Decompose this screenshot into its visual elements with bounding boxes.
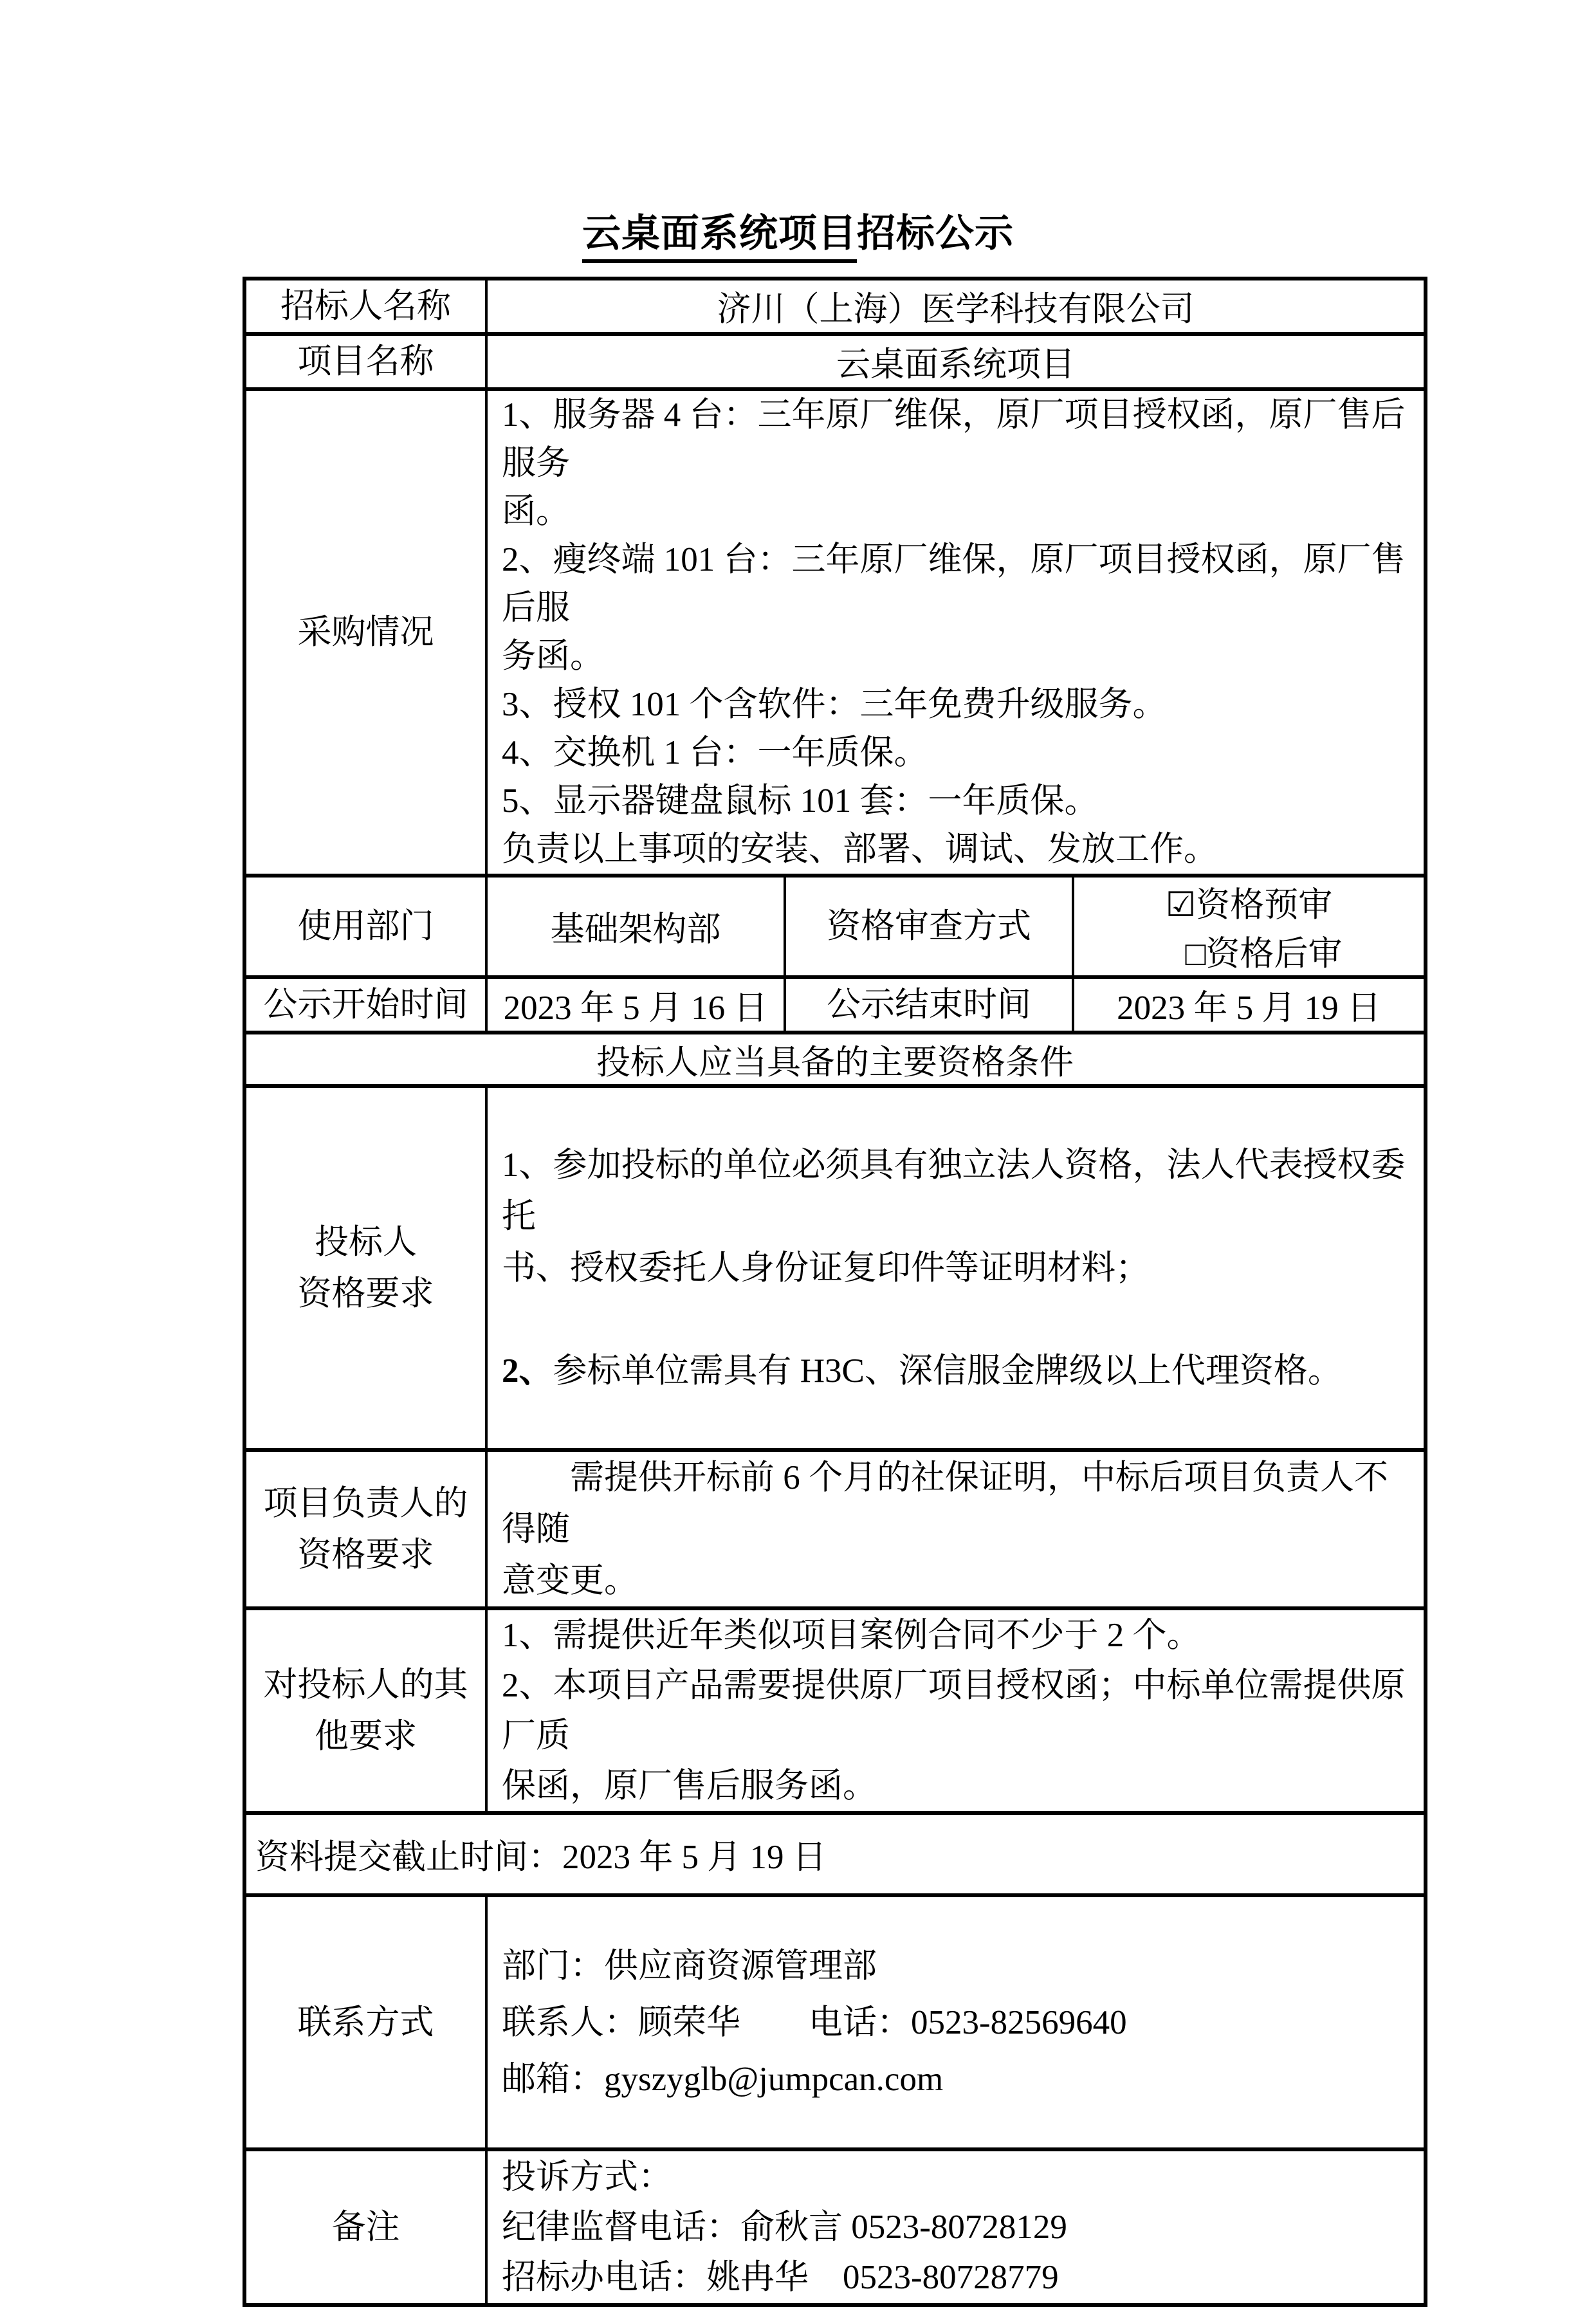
manager-qualification-label: 项目负责人的 资格要求: [244, 1450, 486, 1608]
row-bidder-qualification: 投标人 资格要求 1、参加投标的单位必须具有独立法人资格，法人代表授权委托 书、…: [244, 1086, 1426, 1450]
prequalification-option-label: 资格预审: [1196, 887, 1332, 924]
postqualification-option-label: 资格后审: [1206, 935, 1343, 973]
row-manager-qualification: 项目负责人的 资格要求 需提供开标前 6 个月的社保证明，中标后项目负责人不得随…: [244, 1450, 1426, 1608]
bidder-name-label: 招标人名称: [244, 279, 486, 334]
bidder-qualification-details: 1、参加投标的单位必须具有独立法人资格，法人代表授权委托 书、授权委托人身份证复…: [486, 1086, 1426, 1450]
procurement-label: 采购情况: [244, 389, 486, 876]
row-procurement: 采购情况 1、服务器 4 台：三年原厂维保，原厂项目授权函，原厂售后服务 函。 …: [244, 389, 1426, 876]
row-contact: 联系方式 部门：供应商资源管理部 联系人：顾荣华 电话：0523-8256964…: [244, 1895, 1426, 2149]
remarks-details: 投诉方式： 纪律监督电话：俞秋言 0523-80728129 招标办电话：姚冉华…: [486, 2149, 1426, 2305]
bid-announcement-table: 招标人名称 济川（上海）医学科技有限公司 项目名称 云桌面系统项目 采购情况 1…: [243, 277, 1427, 2307]
bidder-qualification-label: 投标人 资格要求: [244, 1086, 486, 1450]
qualification-review-label: 资格审查方式: [785, 876, 1073, 977]
other-requirements-label: 对投标人的其 他要求: [244, 1608, 486, 1813]
page-title-underlined-part: 云桌面系统项目: [582, 212, 857, 263]
row-other-requirements: 对投标人的其 他要求 1、需提供近年类似项目案例合同不少于 2 个。 2、本项目…: [244, 1608, 1426, 1813]
procurement-details: 1、服务器 4 台：三年原厂维保，原厂项目授权函，原厂售后服务 函。 2、瘦终端…: [486, 389, 1426, 876]
other-requirements-details: 1、需提供近年类似项目案例合同不少于 2 个。 2、本项目产品需要提供原厂项目授…: [486, 1608, 1426, 1813]
publicity-start-label: 公示开始时间: [244, 977, 486, 1033]
bidder-qualification-item2-number: 2、: [502, 1352, 553, 1390]
remarks-label: 备注: [244, 2149, 486, 2305]
bidder-qualification-item2: 2、参标单位需具有 H3C、深信服金牌级以上代理资格。: [502, 1345, 1409, 1397]
page-title-rest: 招标公示: [857, 212, 1014, 255]
unchecked-checkbox-icon: □: [1185, 935, 1206, 973]
row-publicity-dates: 公示开始时间 2023 年 5 月 16 日 公示结束时间 2023 年 5 月…: [244, 977, 1426, 1033]
using-department-value: 基础架构部: [486, 876, 785, 977]
manager-qualification-details: 需提供开标前 6 个月的社保证明，中标后项目负责人不得随 意变更。: [486, 1450, 1426, 1608]
row-remarks: 备注 投诉方式： 纪律监督电话：俞秋言 0523-80728129 招标办电话：…: [244, 2149, 1426, 2305]
document-page: { "title": { "underlined": "云桌面系统项目", "r…: [0, 0, 1596, 2257]
bidder-name-value: 济川（上海）医学科技有限公司: [486, 279, 1426, 334]
qualification-review-options: ☑资格预审□资格后审: [1073, 876, 1426, 977]
row-submission-deadline: 资料提交截止时间：2023 年 5 月 19 日: [244, 1813, 1426, 1895]
contact-details: 部门：供应商资源管理部 联系人：顾荣华 电话：0523-82569640 邮箱：…: [486, 1895, 1426, 2149]
postqualification-option: □资格后审: [1185, 926, 1342, 975]
project-name-label: 项目名称: [244, 334, 486, 389]
publicity-end-label: 公示结束时间: [785, 977, 1073, 1033]
contact-label: 联系方式: [244, 1895, 486, 2149]
project-name-value: 云桌面系统项目: [486, 334, 1426, 389]
page-title: 云桌面系统项目招标公示: [0, 210, 1596, 258]
publicity-start-value: 2023 年 5 月 16 日: [486, 977, 785, 1033]
bidder-qualification-item2-text: 参标单位需具有 H3C、深信服金牌级以上代理资格。: [553, 1352, 1342, 1390]
bidder-qualification-item1: 1、参加投标的单位必须具有独立法人资格，法人代表授权委托 书、授权委托人身份证复…: [502, 1139, 1409, 1294]
publicity-end-value: 2023 年 5 月 19 日: [1073, 977, 1426, 1033]
checked-checkbox-icon: ☑: [1166, 887, 1197, 924]
row-qualification-header: 投标人应当具备的主要资格条件: [244, 1033, 1426, 1086]
row-bidder-name: 招标人名称 济川（上海）医学科技有限公司: [244, 279, 1426, 334]
row-project-name: 项目名称 云桌面系统项目: [244, 334, 1426, 389]
prequalification-option: ☑资格预审: [1166, 878, 1333, 926]
row-department-and-review: 使用部门 基础架构部 资格审查方式 ☑资格预审□资格后审: [244, 876, 1426, 977]
using-department-label: 使用部门: [244, 876, 486, 977]
qualification-conditions-header: 投标人应当具备的主要资格条件: [244, 1033, 1426, 1086]
submission-deadline-text: 资料提交截止时间：2023 年 5 月 19 日: [244, 1813, 1426, 1895]
